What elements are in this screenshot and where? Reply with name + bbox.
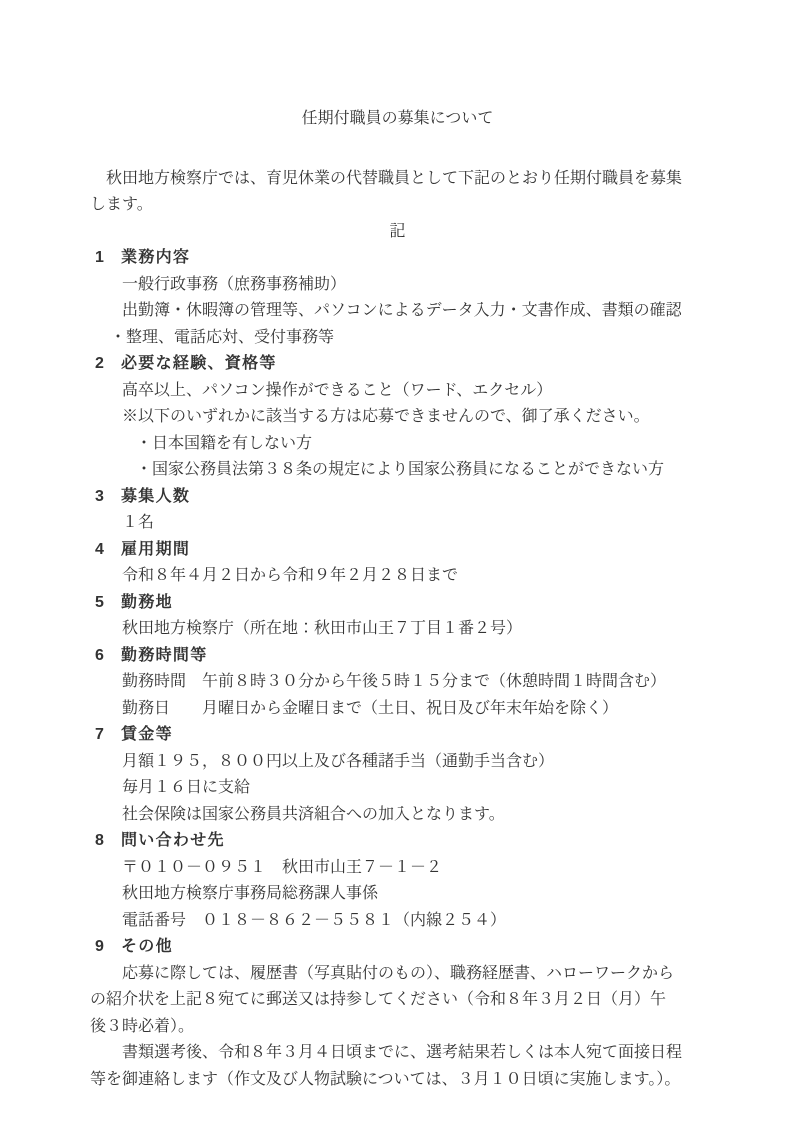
section-6-line: 勤務日 月曜日から金曜日まで（土日、祝日及び年末年始を除く） bbox=[122, 696, 705, 723]
section-9-line: 応募に際しては、履歴書（写真貼付のもの）、職務経歴書、ハローワークから bbox=[122, 961, 705, 988]
section-9-heading-row: 9その他 bbox=[90, 934, 705, 961]
section-7-line: 毎月１６日に支給 bbox=[122, 775, 705, 802]
section-6-number: 6 bbox=[95, 643, 121, 670]
section-4: 4雇用期間 令和８年４月２日から令和９年２月２８日まで bbox=[90, 537, 705, 590]
section-5-number: 5 bbox=[95, 590, 121, 617]
section-8-number: 8 bbox=[95, 828, 121, 855]
section-7-line: 月額１９５，８００円以上及び各種諸手当（通勤手当含む） bbox=[122, 749, 705, 776]
section-2-line: 高卒以上、パソコン操作ができること（ワード、エクセル） bbox=[122, 378, 705, 405]
section-3-heading: 募集人数 bbox=[121, 488, 190, 505]
section-6: 6勤務時間等 勤務時間 午前８時３０分から午後５時１５分まで（休憩時間１時間含む… bbox=[90, 643, 705, 723]
section-9-line: 等を御連絡します（作文及び人物試験については、３月１０日頃に実施します。）。 bbox=[90, 1067, 705, 1094]
section-4-number: 4 bbox=[95, 537, 121, 564]
section-2-line: ※以下のいずれかに該当する方は応募できませんので、御了承ください。 bbox=[122, 404, 705, 431]
section-8-heading-row: 8問い合わせ先 bbox=[90, 828, 705, 855]
section-8-phone-number: 電話番号 ０１８－８６２－５５８１（内線２５４） bbox=[122, 908, 705, 935]
section-9-number: 9 bbox=[95, 934, 121, 961]
section-4-heading: 雇用期間 bbox=[121, 541, 190, 558]
section-7-heading-row: 7賃金等 bbox=[90, 722, 705, 749]
section-6-heading: 勤務時間等 bbox=[121, 647, 208, 664]
section-8-department: 秋田地方検察庁事務局総務課人事係 bbox=[122, 881, 705, 908]
section-8-heading: 問い合わせ先 bbox=[121, 832, 225, 849]
section-9-line: 書類選考後、令和８年３月４日頃までに、選考結果若しくは本人宛て面接日程 bbox=[122, 1040, 705, 1067]
section-3-heading-row: 3募集人数 bbox=[90, 484, 705, 511]
section-5-heading-row: 5勤務地 bbox=[90, 590, 705, 617]
section-8-postal-address: 〒０１０－０９５１ 秋田市山王７－１－２ bbox=[122, 855, 705, 882]
section-2-bullet: ・国家公務員法第３８条の規定により国家公務員になることができない方 bbox=[136, 457, 705, 484]
section-6-heading-row: 6勤務時間等 bbox=[90, 643, 705, 670]
section-9-heading: その他 bbox=[121, 938, 173, 955]
section-2-heading-row: 2必要な経験、資格等 bbox=[90, 351, 705, 378]
section-5: 5勤務地 秋田地方検察庁（所在地：秋田市山王７丁目１番２号） bbox=[90, 590, 705, 643]
section-1-line: 一般行政事務（庶務事務補助） bbox=[122, 272, 705, 299]
document-title: 任期付職員の募集について bbox=[90, 106, 705, 133]
section-5-line: 秋田地方検察庁（所在地：秋田市山王７丁目１番２号） bbox=[122, 616, 705, 643]
section-7: 7賃金等 月額１９５，８００円以上及び各種諸手当（通勤手当含む） 毎月１６日に支… bbox=[90, 722, 705, 828]
section-2-bullet: ・日本国籍を有しない方 bbox=[136, 431, 705, 458]
section-2-number: 2 bbox=[95, 351, 121, 378]
section-6-line: 勤務時間 午前８時３０分から午後５時１５分まで（休憩時間１時間含む） bbox=[122, 669, 705, 696]
section-1-line: ・整理、電話応対、受付事務等 bbox=[110, 325, 705, 352]
section-9-line: の紹介状を上記８宛てに郵送又は持参してください（令和８年３月２日（月）午 bbox=[90, 987, 705, 1014]
section-2-heading: 必要な経験、資格等 bbox=[121, 355, 277, 372]
section-9-line: 後３時必着）。 bbox=[90, 1014, 705, 1041]
section-1-number: 1 bbox=[95, 245, 121, 272]
section-4-line: 令和８年４月２日から令和９年２月２８日まで bbox=[122, 563, 705, 590]
ki-label: 記 bbox=[90, 219, 705, 246]
section-4-heading-row: 4雇用期間 bbox=[90, 537, 705, 564]
section-1-line: 出勤簿・休暇簿の管理等、パソコンによるデータ入力・文書作成、書類の確認 bbox=[122, 298, 705, 325]
section-9: 9その他 応募に際しては、履歴書（写真貼付のもの）、職務経歴書、ハローワークから… bbox=[90, 934, 705, 1093]
section-2: 2必要な経験、資格等 高卒以上、パソコン操作ができること（ワード、エクセル） ※… bbox=[90, 351, 705, 484]
section-1-heading-row: 1業務内容 bbox=[90, 245, 705, 272]
section-1: 1業務内容 一般行政事務（庶務事務補助） 出勤簿・休暇簿の管理等、パソコンによる… bbox=[90, 245, 705, 351]
section-5-heading: 勤務地 bbox=[121, 594, 173, 611]
section-8: 8問い合わせ先 〒０１０－０９５１ 秋田市山王７－１－２ 秋田地方検察庁事務局総… bbox=[90, 828, 705, 934]
section-3-number: 3 bbox=[95, 484, 121, 511]
intro-paragraph-line-2: します。 bbox=[90, 192, 705, 219]
section-1-heading: 業務内容 bbox=[121, 249, 190, 266]
section-3: 3募集人数 １名 bbox=[90, 484, 705, 537]
section-7-line: 社会保険は国家公務員共済組合への加入となります。 bbox=[122, 802, 705, 829]
section-3-line: １名 bbox=[122, 510, 705, 537]
section-7-heading: 賃金等 bbox=[121, 726, 173, 743]
intro-paragraph-line-1: 秋田地方検察庁では、育児休業の代替職員として下記のとおり任期付職員を募集 bbox=[90, 166, 705, 193]
document-page: 任期付職員の募集について 秋田地方検察庁では、育児休業の代替職員として下記のとお… bbox=[0, 0, 794, 1123]
section-7-number: 7 bbox=[95, 722, 121, 749]
